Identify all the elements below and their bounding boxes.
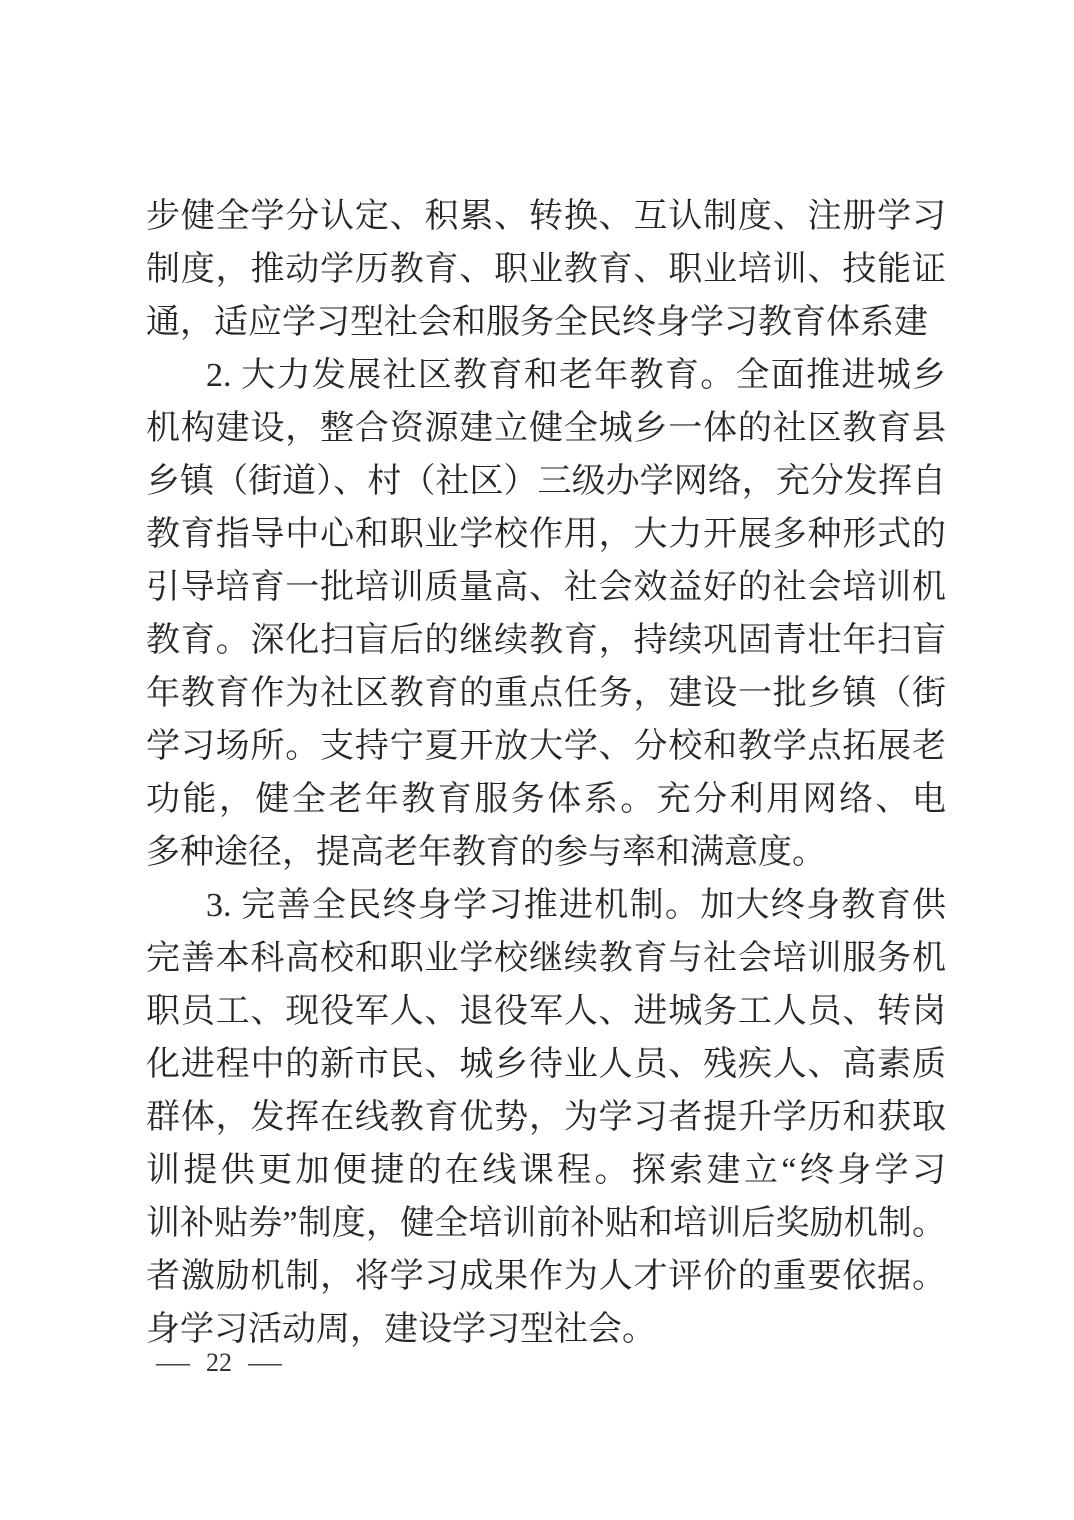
text-line: 乡镇（街道）、村（社区）三级办学网络，充分发挥自治区社区: [146, 455, 946, 508]
text-line: 训提供更加便捷的在线课程。探索建立“终身学习卡”“职业培: [146, 1144, 946, 1197]
text-line: 学习场所。支持宁夏开放大学、分校和教学点拓展老年教育服务: [146, 720, 946, 773]
text-line: 年教育作为社区教育的重点任务，建设一批乡镇（街道）老年人: [146, 667, 946, 720]
text-line: 者激励机制，将学习成果作为人才评价的重要依据。举办全民终: [146, 1250, 946, 1303]
text-line: 通，适应学习型社会和服务全民终身学习教育体系建设需要。: [146, 296, 946, 349]
body-text: 步健全学分认定、积累、转换、互认制度、注册学习和弹性学习 制度，推动学历教育、职…: [146, 190, 946, 1356]
text-line: 完善本科高校和职业学校继续教育与社会培训服务机制，面向在: [146, 932, 946, 985]
text-line: 教育。深化扫盲后的继续教育，持续巩固青壮年扫盲成果。把老: [146, 614, 946, 667]
text-line: 制度，推动学历教育、职业教育、职业培训、技能证书衔接贯: [146, 243, 946, 296]
text-line: 训补贴券”制度，健全培训前补贴和培训后奖励机制。完善学习: [146, 1197, 946, 1250]
text-line: 教育指导中心和职业学校作用，大力开展多种形式的社区教育。: [146, 508, 946, 561]
text-line: 功能，健全老年教育服务体系。充分利用网络、电视、新媒体等: [146, 773, 946, 826]
text-line-paragraph-start: 3. 完善全民终身学习推进机制。加大终身教育供给力度，: [146, 879, 946, 932]
text-line: 机构建设，整合资源建立健全城乡一体的社区教育县（市、区）、: [146, 402, 946, 455]
page-number: 22: [206, 1348, 232, 1378]
text-line: 化进程中的新市民、城乡待业人员、残疾人、高素质农民等社会: [146, 1038, 946, 1091]
text-line: 引导培育一批培训质量高、社会效益好的社会培训机构参与社区: [146, 561, 946, 614]
text-line: 职员工、现役军人、退役军人、进城务工人员、转岗人员、城镇: [146, 985, 946, 1038]
text-line: 步健全学分认定、积累、转换、互认制度、注册学习和弹性学习: [146, 190, 946, 243]
footer-dash-left: —: [156, 1348, 190, 1378]
footer-dash-right: —: [248, 1348, 282, 1378]
text-line: 多种途径，提高老年教育的参与率和满意度。: [146, 826, 946, 879]
page-footer: — 22 —: [160, 1348, 278, 1378]
document-page: 步健全学分认定、积累、转换、互认制度、注册学习和弹性学习 制度，推动学历教育、职…: [0, 0, 1074, 1520]
text-line-paragraph-start: 2. 大力发展社区教育和老年教育。全面推进城乡社区教育: [146, 349, 946, 402]
text-line: 群体，发挥在线教育优势，为学习者提升学历和获取职业技能培: [146, 1091, 946, 1144]
